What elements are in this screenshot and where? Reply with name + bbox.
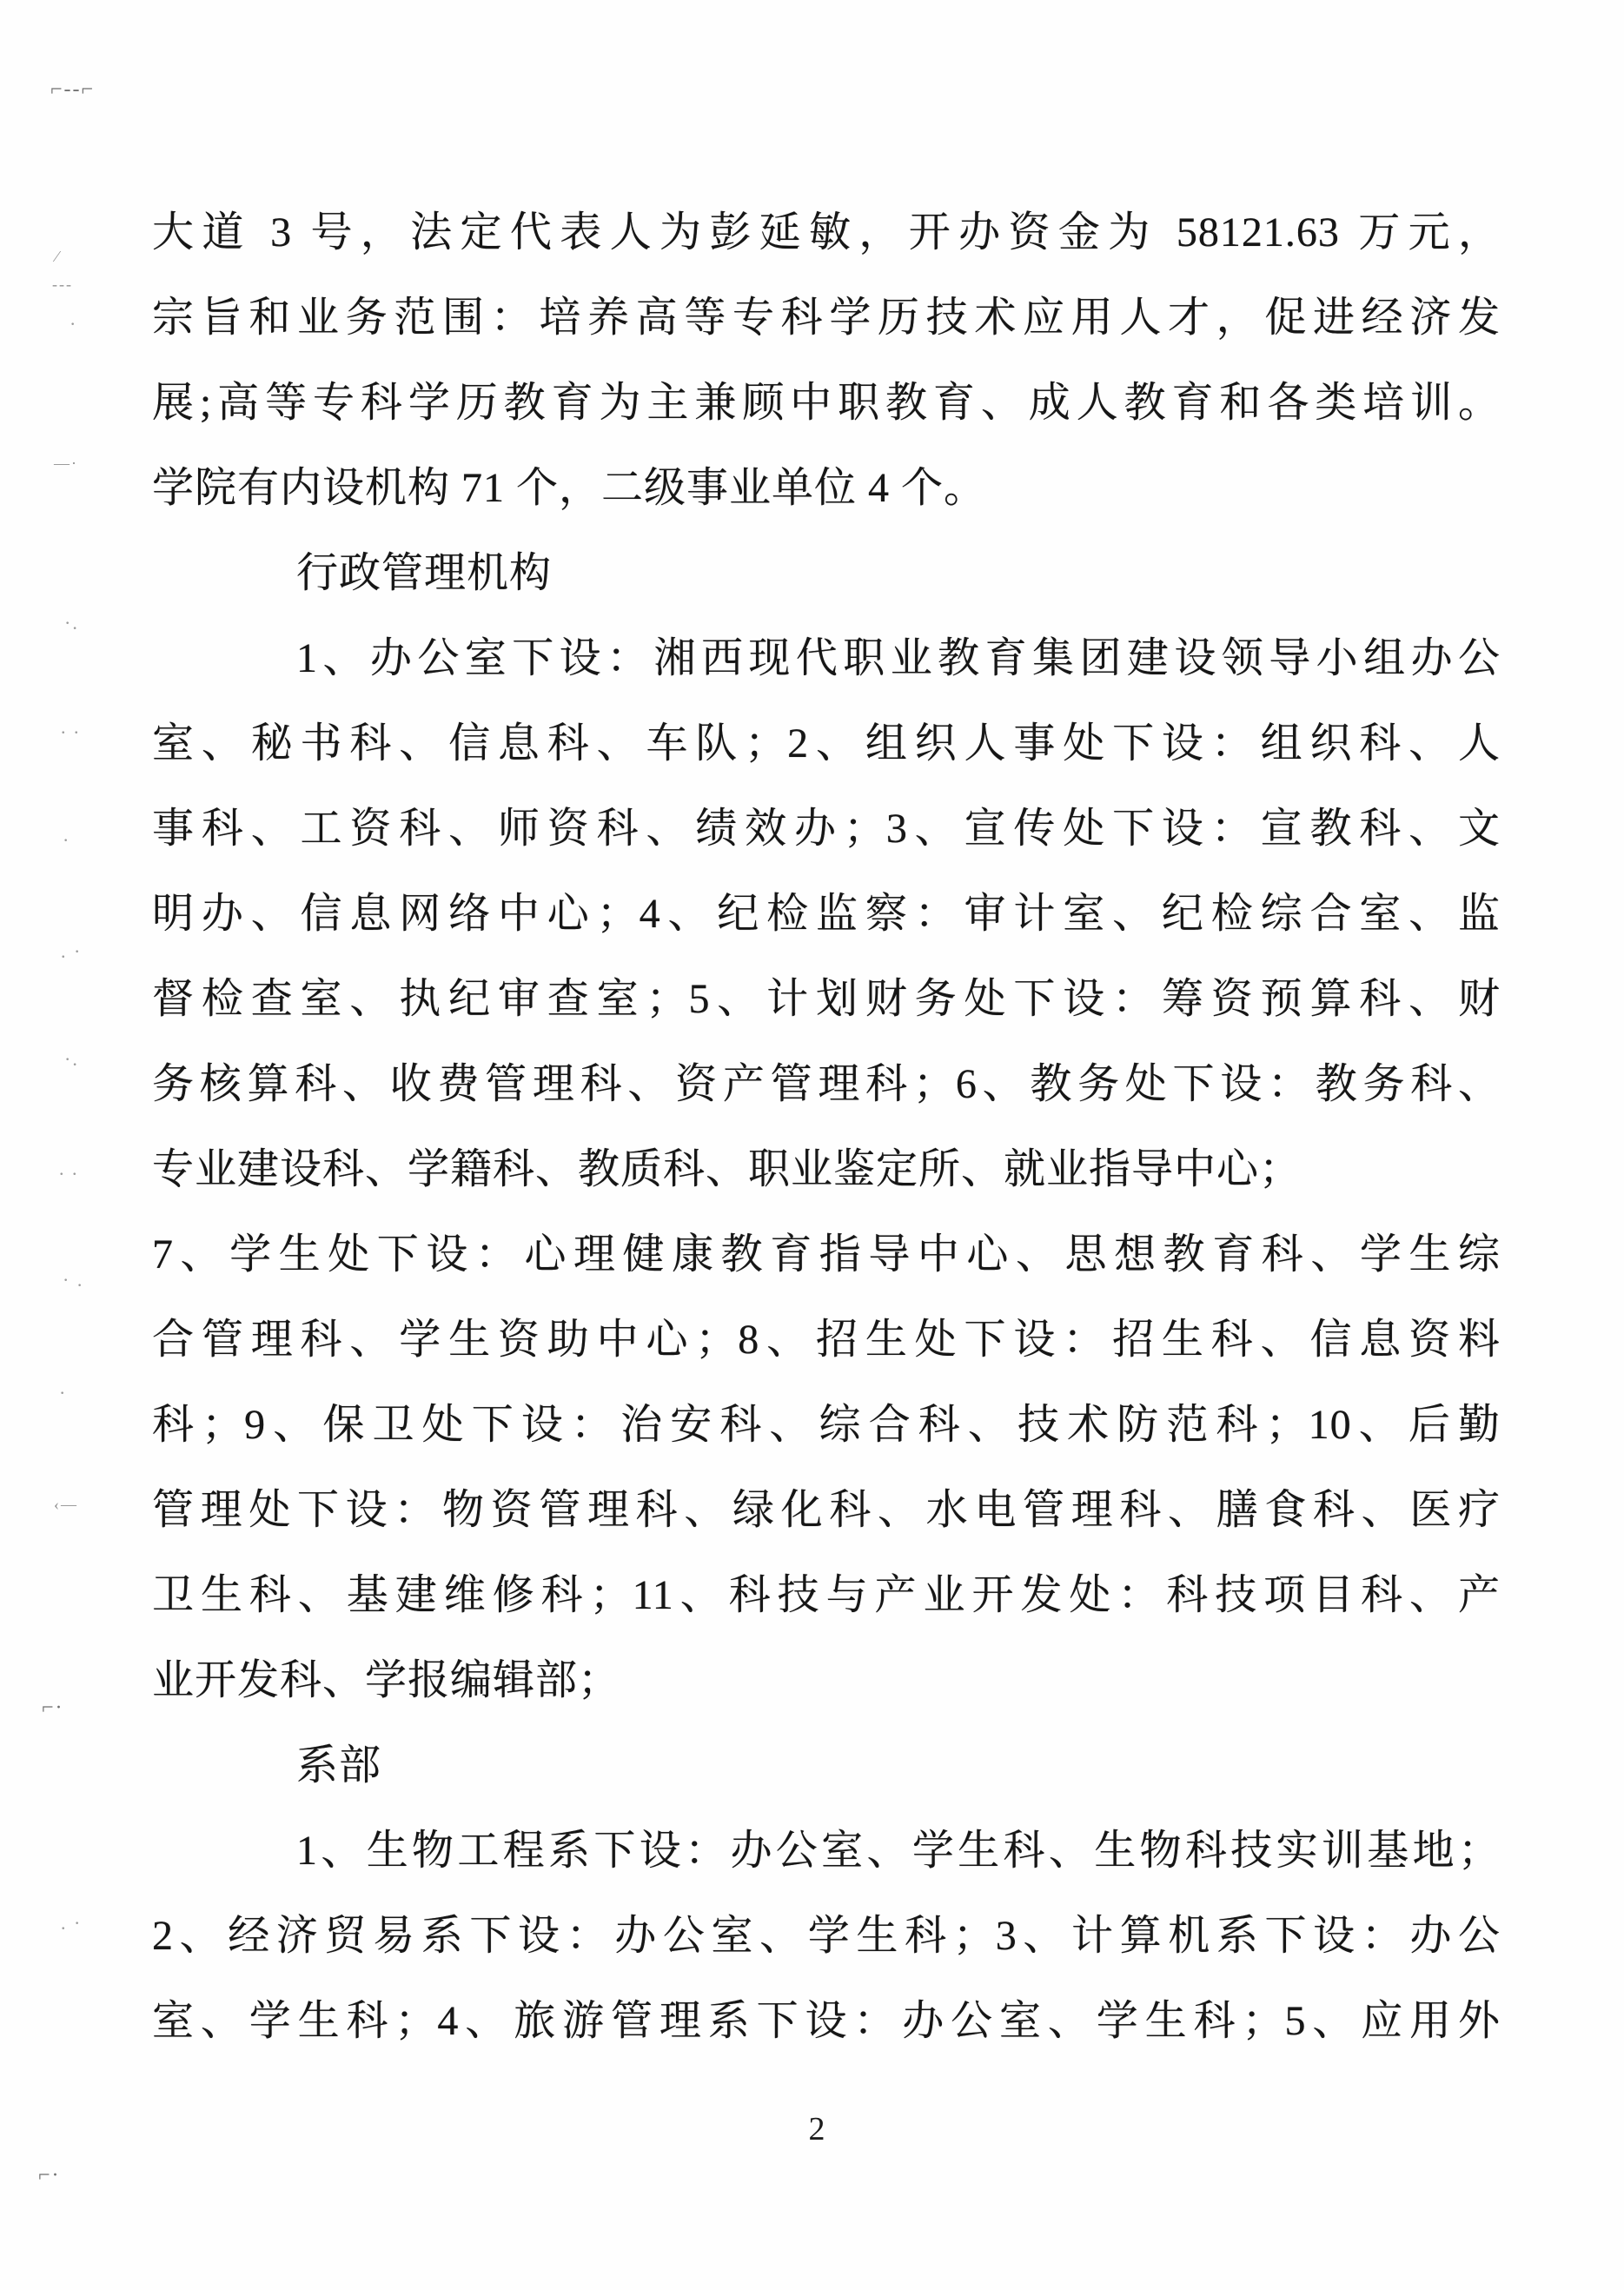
text-line: 7、学生处下设：心理健康教育指导中心、思想教育科、学生综 <box>152 1212 1501 1298</box>
text-line: 务核算科、收费管理科、资产管理科；6、教务处下设：教务科、 <box>152 1042 1501 1127</box>
text-line: 专业建设科、学籍科、教质科、职业鉴定所、就业指导中心； <box>152 1127 1501 1212</box>
scan-artifact: ·. <box>64 1055 79 1064</box>
scan-artifact: · <box>63 836 70 845</box>
document-lines: 大道 3 号，法定代表人为彭延敏，开办资金为 58121.63 万元，宗旨和业务… <box>152 190 1501 2064</box>
text-line: 学院有内设机构 71 个，二级事业单位 4 个。 <box>152 446 1501 531</box>
text-line: 业开发科、学报编辑部； <box>152 1638 1501 1723</box>
scan-artifact: . . <box>59 1165 79 1173</box>
scan-artifact: · <box>70 320 77 329</box>
scan-artifact: . · <box>61 1919 82 1928</box>
scan-artifact: ⌐--⌐ <box>50 85 95 94</box>
scan-artifact: ⁄ <box>56 252 60 261</box>
scan-artifact: · <box>59 1389 67 1397</box>
scanned-document-page: 大道 3 号，法定代表人为彭延敏，开办资金为 58121.63 万元，宗旨和业务… <box>0 0 1624 2290</box>
scan-artifact: ·. <box>64 619 79 627</box>
text-line: 行政管理机构 <box>152 531 1501 616</box>
scan-artifact: · . <box>63 1276 83 1284</box>
text-line: 督检查室、执纪审查室；5、计划财务处下设：筹资预算科、财 <box>152 957 1501 1042</box>
scan-artifact: ⌐· <box>38 2171 61 2180</box>
text-line: 事科、工资科、师资科、绩效办；3、宣传处下设：宣教科、文 <box>152 787 1501 872</box>
text-line: 大道 3 号，法定代表人为彭延敏，开办资金为 58121.63 万元， <box>152 190 1501 275</box>
text-line: 室、秘书科、信息科、车队；2、组织人事处下设：组织科、人 <box>152 701 1501 787</box>
text-line: 卫生科、基建维修科；11、科技与产业开发处：科技项目科、产 <box>152 1553 1501 1638</box>
text-line: 展;高等专科学历教育为主兼顾中职教育、成人教育和各类培训。 <box>152 361 1501 446</box>
text-line: 宗旨和业务范围：培养高等专科学历技术应用人才，促进经济发 <box>152 275 1501 361</box>
scan-artifact: --- <box>52 280 73 289</box>
text-line: 科；9、保卫处下设：治安科、综合科、技术防范科；10、后勤 <box>152 1383 1501 1468</box>
text-line: 合管理科、学生资助中心；8、招生处下设：招生科、信息资料 <box>152 1298 1501 1383</box>
scan-artifact: . . <box>61 723 81 732</box>
text-line: 1、生物工程系下设：办公室、学生科、生物科技实训基地； <box>152 1809 1501 1894</box>
scan-artifact: —· <box>54 459 78 468</box>
text-line: 系部 <box>152 1723 1501 1809</box>
text-line: 室、学生科；4、旅游管理系下设：办公室、学生科；5、应用外 <box>152 1979 1501 2064</box>
text-line: 管理处下设：物资管理科、绿化科、水电管理科、膳食科、医疗 <box>152 1468 1501 1553</box>
text-line: 明办、信息网络中心；4、纪检监察：审计室、纪检综合室、监 <box>152 872 1501 957</box>
scan-artifact: . · <box>61 947 82 956</box>
text-line: 1、办公室下设：湘西现代职业教育集团建设领导小组办公 <box>152 616 1501 701</box>
page-number: 2 <box>799 2110 834 2148</box>
scan-artifact: ‹— <box>54 1500 78 1509</box>
scan-artifact: ⌐· <box>42 1703 64 1712</box>
text-line: 2、经济贸易系下设：办公室、学生科；3、计算机系下设：办公 <box>152 1894 1501 1979</box>
